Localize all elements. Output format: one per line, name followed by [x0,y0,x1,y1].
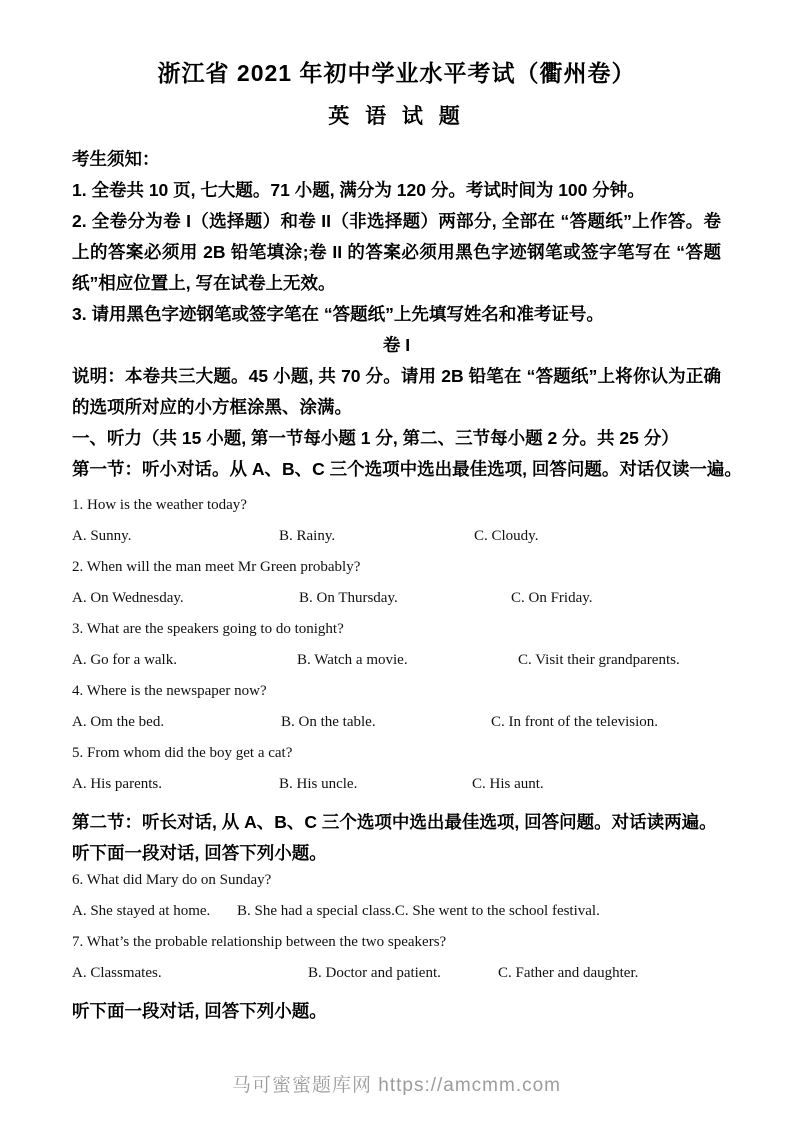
dialog-prompt-2: 听下面一段对话, 回答下列小题。 [72,996,721,1027]
question-text: 7. What’s the probable relationship betw… [72,934,721,951]
options-row: A. On Wednesday. B. On Thursday. C. On F… [72,590,721,607]
question-text: 5. From whom did the boy get a cat? [72,745,721,762]
option-b: B. She had a special class. [237,903,395,920]
option-a: A. Om the bed. [72,714,281,731]
paper-subject-title: 英 语 试 题 [72,104,721,130]
watermark-footer: 马可蜜蜜题库网 https://amcmm.com [0,1070,793,1097]
question-text: 4. Where is the newspaper now? [72,683,721,700]
question-block-3: 3. What are the speakers going to do ton… [72,621,721,669]
option-c: C. She went to the school festival. [395,903,600,920]
options-row: A. Om the bed. B. On the table. C. In fr… [72,714,721,731]
option-a: A. Classmates. [72,965,308,982]
option-b: B. His uncle. [279,776,472,793]
part-two-questions: 6. What did Mary do on Sunday? A. She st… [72,872,721,982]
question-text: 3. What are the speakers going to do ton… [72,621,721,638]
part-one-heading: 第一节：听小对话。从 A、B、C 三个选项中选出最佳选项, 回答问题。对话仅读一… [72,454,721,485]
volume-heading: 卷 I [72,330,721,361]
option-c: C. His aunt. [472,776,544,793]
part-one-questions: 1. How is the weather today? A. Sunny. B… [72,497,721,793]
option-c: C. On Friday. [511,590,593,607]
option-a: A. On Wednesday. [72,590,299,607]
exam-title: 浙江省 2021 年初中学业水平考试（衢州卷） [72,58,721,88]
option-c: C. Cloudy. [474,528,538,545]
question-block-2: 2. When will the man meet Mr Green proba… [72,559,721,607]
notice-heading: 考生须知： [72,144,721,175]
option-c: C. In front of the television. [491,714,658,731]
question-block-7: 7. What’s the probable relationship betw… [72,934,721,982]
question-text: 6. What did Mary do on Sunday? [72,872,721,889]
notice-item-1: 1. 全卷共 10 页, 七大题。71 小题, 满分为 120 分。考试时间为 … [72,175,721,206]
dialog-prompt-1: 听下面一段对话, 回答下列小题。 [72,838,721,869]
listening-section-heading: 一、听力（共 15 小题, 第一节每小题 1 分, 第二、三节每小题 2 分。共… [72,423,721,454]
question-text: 2. When will the man meet Mr Green proba… [72,559,721,576]
option-b: B. On the table. [281,714,491,731]
options-row: A. Sunny. B. Rainy. C. Cloudy. [72,528,721,545]
option-a: A. Go for a walk. [72,652,297,669]
option-a: A. Sunny. [72,528,279,545]
exam-paper-page: 浙江省 2021 年初中学业水平考试（衢州卷） 英 语 试 题 考生须知： 1.… [0,0,793,1122]
question-block-5: 5. From whom did the boy get a cat? A. H… [72,745,721,793]
option-b: B. Watch a movie. [297,652,518,669]
option-b: B. Doctor and patient. [308,965,498,982]
question-block-6: 6. What did Mary do on Sunday? A. She st… [72,872,721,920]
watermark-text: 马可蜜蜜题库网 https://amcmm.com [232,1075,561,1096]
option-c: C. Father and daughter. [498,965,638,982]
page-content: 浙江省 2021 年初中学业水平考试（衢州卷） 英 语 试 题 考生须知： 1.… [0,0,793,1027]
options-row: A. Go for a walk. B. Watch a movie. C. V… [72,652,721,669]
options-row: A. His parents. B. His uncle. C. His aun… [72,776,721,793]
option-a: A. She stayed at home. [72,903,237,920]
part-two-heading: 第二节：听长对话, 从 A、B、C 三个选项中选出最佳选项, 回答问题。对话读两… [72,807,721,838]
options-row: A. She stayed at home. B. She had a spec… [72,903,721,920]
option-c: C. Visit their grandparents. [518,652,680,669]
question-block-4: 4. Where is the newspaper now? A. Om the… [72,683,721,731]
options-row: A. Classmates. B. Doctor and patient. C.… [72,965,721,982]
question-text: 1. How is the weather today? [72,497,721,514]
volume-note: 说明：本卷共三大题。45 小题, 共 70 分。请用 2B 铅笔在 “答题纸”上… [72,361,721,423]
option-a: A. His parents. [72,776,279,793]
option-b: B. Rainy. [279,528,474,545]
notice-item-2: 2. 全卷分为卷 I（选择题）和卷 II（非选择题）两部分, 全部在 “答题纸”… [72,206,721,299]
notice-item-3: 3. 请用黑色字迹钢笔或签字笔在 “答题纸”上先填写姓名和准考证号。 [72,299,721,330]
question-block-1: 1. How is the weather today? A. Sunny. B… [72,497,721,545]
option-b: B. On Thursday. [299,590,511,607]
